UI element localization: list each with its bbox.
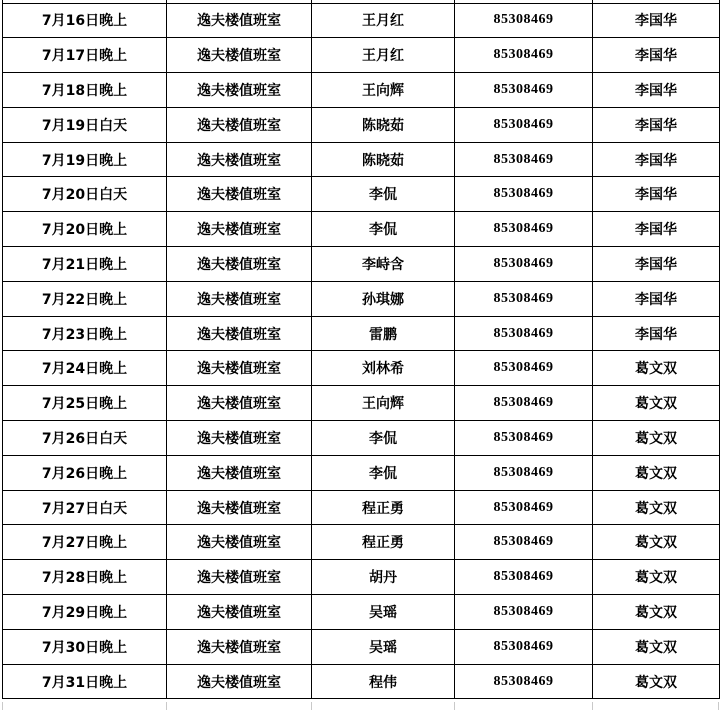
cell-name: 李侃: [312, 455, 455, 490]
cell-name: 胡丹: [312, 560, 455, 595]
table-row: 7月24日晚上逸夫楼值班室刘林希85308469葛文双: [3, 351, 720, 386]
cell-date: 7月23日晚上: [3, 316, 167, 351]
table-row: 7月18日晚上逸夫楼值班室王向辉85308469李国华: [3, 73, 720, 108]
cell-date: 7月21日晚上: [3, 247, 167, 282]
cell-location: 逸夫楼值班室: [167, 455, 312, 490]
cell-leader: 李国华: [593, 247, 720, 282]
cell-phone: 85308469: [455, 595, 593, 630]
cell-date: 7月26日晚上: [3, 455, 167, 490]
cell-leader: 葛文双: [593, 351, 720, 386]
cell-location: 逸夫楼值班室: [167, 281, 312, 316]
cell-phone: 85308469: [455, 386, 593, 421]
cell-leader: 葛文双: [593, 629, 720, 664]
cell-date: 7月18日晚上: [3, 73, 167, 108]
cell-phone: 85308469: [455, 455, 593, 490]
cell-leader: 李国华: [593, 177, 720, 212]
table-row: 7月17日晚上逸夫楼值班室王月红85308469李国华: [3, 38, 720, 73]
cell-phone: 85308469: [455, 38, 593, 73]
cell-date: 7月17日晚上: [3, 38, 167, 73]
table-row: 7月27日晚上逸夫楼值班室程正勇85308469葛文双: [3, 525, 720, 560]
cell-location: 逸夫楼值班室: [167, 247, 312, 282]
table-row: 7月31日晚上逸夫楼值班室程伟85308469葛文双: [3, 664, 720, 699]
cell-name: 王月红: [312, 38, 455, 73]
cell-phone: 85308469: [455, 664, 593, 699]
cell-leader: 李国华: [593, 281, 720, 316]
cell-location: 逸夫楼值班室: [167, 38, 312, 73]
table-row: 7月16日晚上逸夫楼值班室王月红85308469李国华: [3, 3, 720, 38]
cell-leader: 李国华: [593, 142, 720, 177]
cell-date: 7月25日晚上: [3, 386, 167, 421]
table-row: 7月30日晚上逸夫楼值班室吴瑶85308469葛文双: [3, 629, 720, 664]
table-row: 7月20日白天逸夫楼值班室李侃85308469李国华: [3, 177, 720, 212]
cell-name: 程伟: [312, 664, 455, 699]
cell-location: 逸夫楼值班室: [167, 316, 312, 351]
duty-roster-table: 7月16日晚上逸夫楼值班室王月红85308469李国华7月17日晚上逸夫楼值班室…: [2, 0, 720, 699]
cell-leader: 葛文双: [593, 664, 720, 699]
table-row: 7月19日晚上逸夫楼值班室陈晓茹85308469李国华: [3, 142, 720, 177]
cell-date: 7月20日白天: [3, 177, 167, 212]
cell-location: 逸夫楼值班室: [167, 421, 312, 456]
cell-date: 7月30日晚上: [3, 629, 167, 664]
cell-phone: 85308469: [455, 560, 593, 595]
cell-name: 李峙含: [312, 247, 455, 282]
cell-leader: 李国华: [593, 316, 720, 351]
cell-name: 王向辉: [312, 386, 455, 421]
cell-date: 7月31日晚上: [3, 664, 167, 699]
gridline-stub: [166, 702, 167, 710]
cell-location: 逸夫楼值班室: [167, 107, 312, 142]
cell-name: 王向辉: [312, 73, 455, 108]
table-row: 7月29日晚上逸夫楼值班室吴瑶85308469葛文双: [3, 595, 720, 630]
cell-name: 程正勇: [312, 525, 455, 560]
cell-phone: 85308469: [455, 490, 593, 525]
cell-leader: 葛文双: [593, 595, 720, 630]
cell-phone: 85308469: [455, 177, 593, 212]
table-row: 7月26日白天逸夫楼值班室李侃85308469葛文双: [3, 421, 720, 456]
cell-leader: 李国华: [593, 3, 720, 38]
cell-phone: 85308469: [455, 107, 593, 142]
cell-leader: 李国华: [593, 38, 720, 73]
gridline-stub: [311, 702, 312, 710]
cell-location: 逸夫楼值班室: [167, 386, 312, 421]
cell-date: 7月22日晚上: [3, 281, 167, 316]
table-row: 7月27日白天逸夫楼值班室程正勇85308469葛文双: [3, 490, 720, 525]
gridline-stub: [454, 702, 455, 710]
gridline-stub: [2, 702, 3, 710]
cell-location: 逸夫楼值班室: [167, 142, 312, 177]
cell-phone: 85308469: [455, 73, 593, 108]
cell-location: 逸夫楼值班室: [167, 629, 312, 664]
cell-phone: 85308469: [455, 281, 593, 316]
cell-date: 7月19日晚上: [3, 142, 167, 177]
cell-date: 7月16日晚上: [3, 3, 167, 38]
cell-date: 7月27日白天: [3, 490, 167, 525]
cell-leader: 葛文双: [593, 386, 720, 421]
cell-phone: 85308469: [455, 421, 593, 456]
cell-date: 7月28日晚上: [3, 560, 167, 595]
table-row: 7月20日晚上逸夫楼值班室李侃85308469李国华: [3, 212, 720, 247]
cell-leader: 李国华: [593, 212, 720, 247]
cell-location: 逸夫楼值班室: [167, 560, 312, 595]
cell-leader: 李国华: [593, 107, 720, 142]
cell-leader: 葛文双: [593, 421, 720, 456]
cell-location: 逸夫楼值班室: [167, 490, 312, 525]
table-row: 7月25日晚上逸夫楼值班室王向辉85308469葛文双: [3, 386, 720, 421]
cell-location: 逸夫楼值班室: [167, 212, 312, 247]
cell-phone: 85308469: [455, 212, 593, 247]
table-row: 7月23日晚上逸夫楼值班室雷鹏85308469李国华: [3, 316, 720, 351]
cell-leader: 李国华: [593, 73, 720, 108]
table-row: 7月26日晚上逸夫楼值班室李侃85308469葛文双: [3, 455, 720, 490]
cell-phone: 85308469: [455, 351, 593, 386]
gridline-stub: [592, 702, 593, 710]
cell-location: 逸夫楼值班室: [167, 3, 312, 38]
cell-name: 孙琪娜: [312, 281, 455, 316]
cell-location: 逸夫楼值班室: [167, 595, 312, 630]
cell-date: 7月24日晚上: [3, 351, 167, 386]
cell-name: 王月红: [312, 3, 455, 38]
cell-location: 逸夫楼值班室: [167, 525, 312, 560]
table-row: 7月28日晚上逸夫楼值班室胡丹85308469葛文双: [3, 560, 720, 595]
cell-leader: 葛文双: [593, 490, 720, 525]
duty-roster-page: 7月16日晚上逸夫楼值班室王月红85308469李国华7月17日晚上逸夫楼值班室…: [0, 0, 724, 710]
table-body: 7月16日晚上逸夫楼值班室王月红85308469李国华7月17日晚上逸夫楼值班室…: [3, 0, 720, 699]
cell-name: 陈晓茹: [312, 142, 455, 177]
cell-leader: 葛文双: [593, 455, 720, 490]
table-row: 7月19日白天逸夫楼值班室陈晓茹85308469李国华: [3, 107, 720, 142]
cell-name: 刘林希: [312, 351, 455, 386]
table-row: 7月22日晚上逸夫楼值班室孙琪娜85308469李国华: [3, 281, 720, 316]
cell-date: 7月27日晚上: [3, 525, 167, 560]
cell-date: 7月19日白天: [3, 107, 167, 142]
cell-phone: 85308469: [455, 629, 593, 664]
cell-name: 李侃: [312, 421, 455, 456]
cell-location: 逸夫楼值班室: [167, 73, 312, 108]
cell-location: 逸夫楼值班室: [167, 664, 312, 699]
cell-date: 7月29日晚上: [3, 595, 167, 630]
cell-name: 吴瑶: [312, 629, 455, 664]
cell-name: 雷鹏: [312, 316, 455, 351]
cell-name: 吴瑶: [312, 595, 455, 630]
cell-name: 陈晓茹: [312, 107, 455, 142]
cell-phone: 85308469: [455, 142, 593, 177]
cell-phone: 85308469: [455, 247, 593, 282]
cell-location: 逸夫楼值班室: [167, 177, 312, 212]
cell-name: 程正勇: [312, 490, 455, 525]
cell-name: 李侃: [312, 212, 455, 247]
cell-leader: 葛文双: [593, 525, 720, 560]
cell-phone: 85308469: [455, 316, 593, 351]
cell-date: 7月20日晚上: [3, 212, 167, 247]
cell-phone: 85308469: [455, 525, 593, 560]
gridline-stub: [718, 702, 719, 710]
table-row: 7月21日晚上逸夫楼值班室李峙含85308469李国华: [3, 247, 720, 282]
cell-date: 7月26日白天: [3, 421, 167, 456]
cell-phone: 85308469: [455, 3, 593, 38]
cell-location: 逸夫楼值班室: [167, 351, 312, 386]
cell-leader: 葛文双: [593, 560, 720, 595]
cell-name: 李侃: [312, 177, 455, 212]
